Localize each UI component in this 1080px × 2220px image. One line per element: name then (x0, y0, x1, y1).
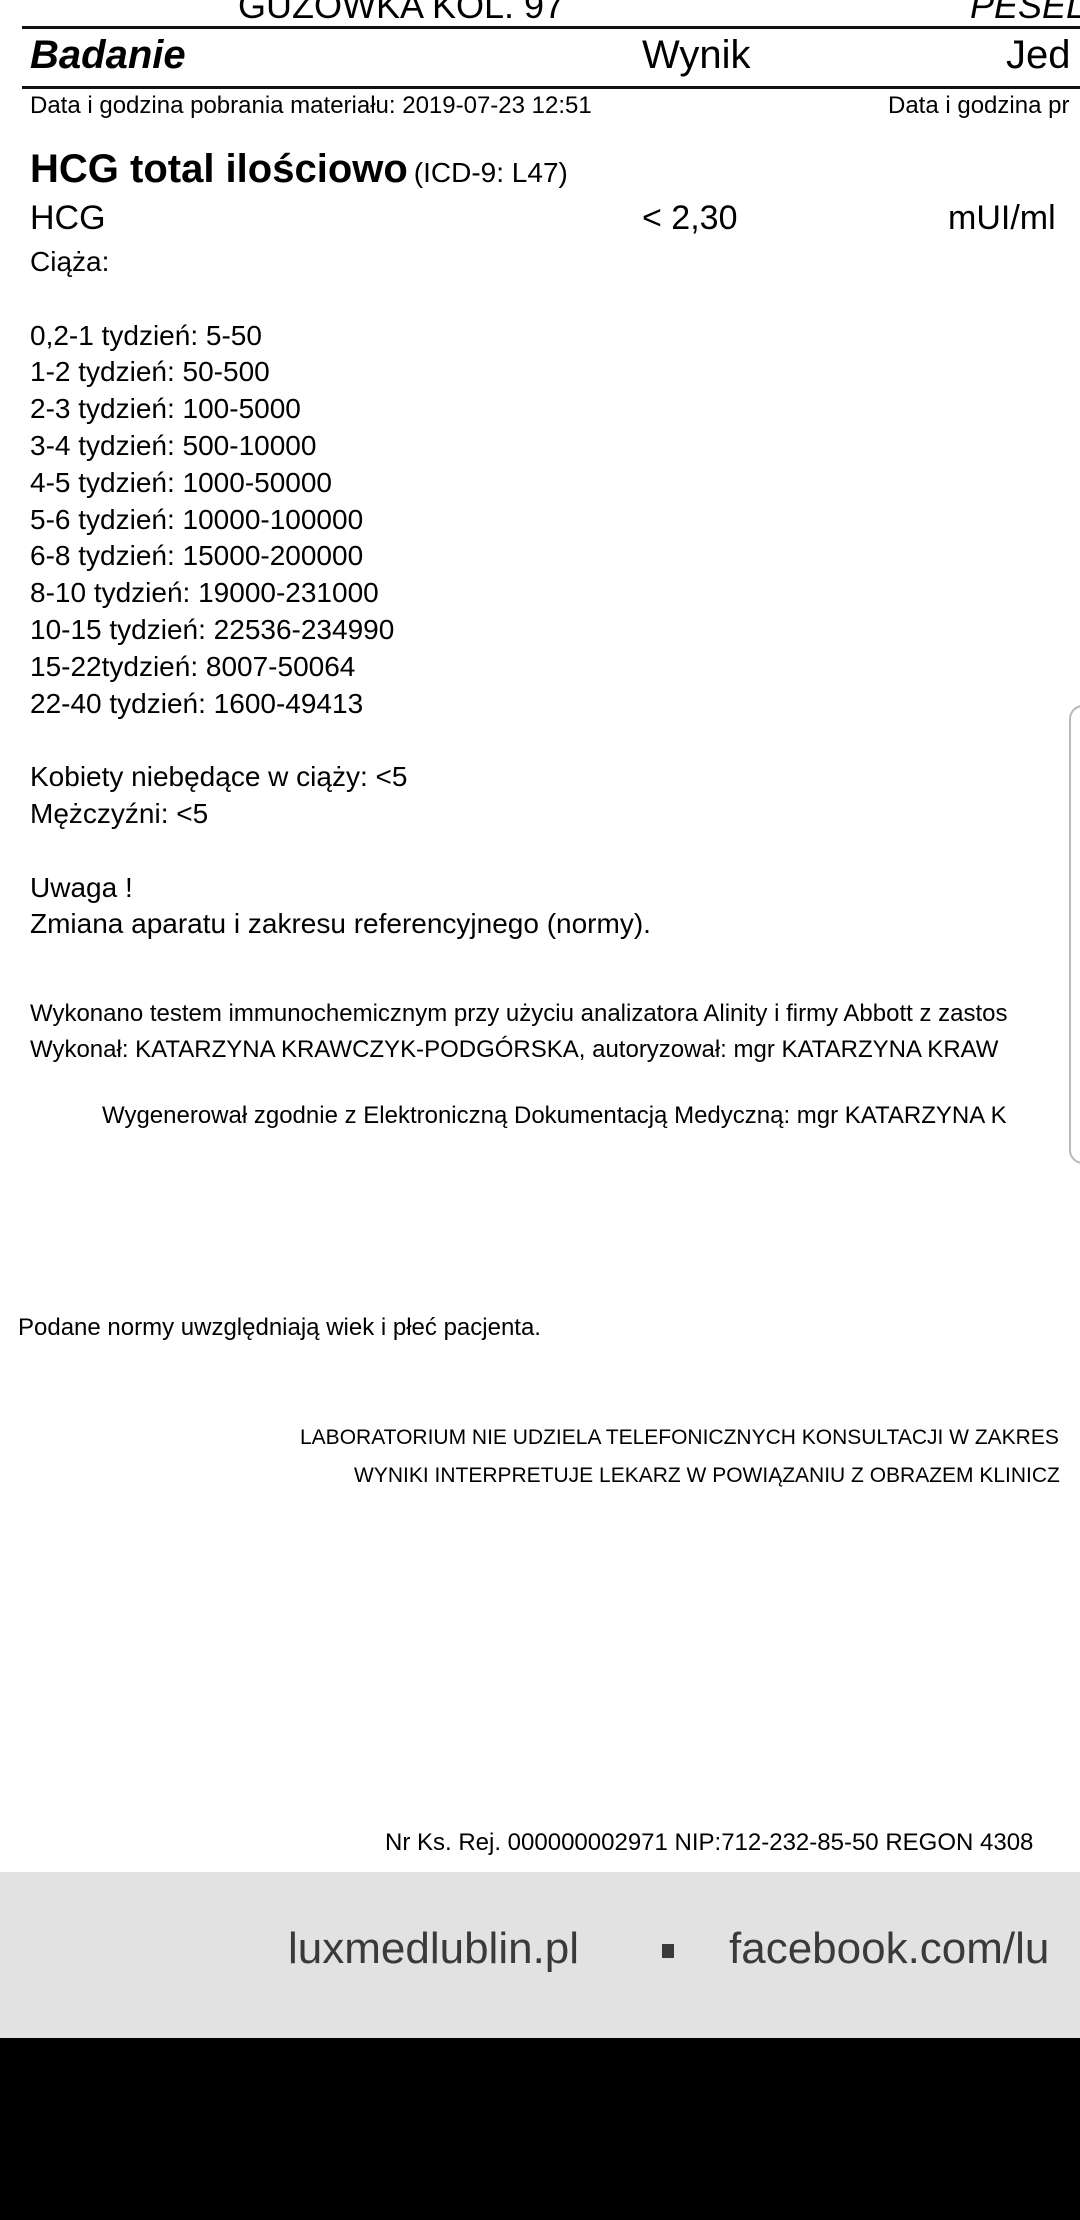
generated-by: Wygenerował zgodnie z Elektroniczną Doku… (102, 1098, 1007, 1134)
warning-title: Uwaga ! (30, 870, 651, 907)
norms-note: Podane normy uwzględniają wiek i płeć pa… (18, 1312, 541, 1344)
disclaimer-line-1: LABORATORIUM NIE UDZIELA TELEFONICZNYCH … (300, 1424, 1059, 1452)
range-item: 6-8 tydzień: 15000-200000 (30, 538, 651, 575)
header-top-rule (22, 26, 1080, 29)
result-unit: mUI/ml (948, 198, 1056, 238)
sample-datetime: Data i godzina pobrania materiału: 2019-… (30, 92, 592, 120)
disclaimer-line-2: WYNIKI INTERPRETUJE LEKARZ W POWIĄZANIU … (354, 1462, 1060, 1490)
warning-text: Zmiana aparatu i zakresu referencyjnego … (30, 906, 651, 943)
range-item: 22-40 tydzień: 1600-49413 (30, 686, 651, 723)
registry-info: Nr Ks. Rej. 000000002971 NIP:712-232-85-… (385, 1828, 1033, 1858)
document-page: GUZOWKA KOL. 97 PESEL Badanie Wynik Jed … (0, 0, 1080, 2038)
men-range: Mężczyźni: <5 (30, 796, 651, 833)
result-value: < 2,30 (642, 198, 737, 238)
range-item: 10-15 tydzień: 22536-234990 (30, 612, 651, 649)
test-name: HCG total ilościowo (30, 147, 408, 191)
pesel-label: PESEL (970, 0, 1080, 26)
range-item: 2-3 tydzień: 100-5000 (30, 391, 651, 428)
test-title: HCG total ilościowo(ICD-9: L47) (30, 146, 568, 196)
pregnancy-label: Ciąża: (30, 244, 651, 281)
column-header-test: Badanie (30, 32, 186, 78)
reference-ranges: Ciąża: 0,2-1 tydzień: 5-50 1-2 tydzień: … (30, 244, 651, 943)
website-link[interactable]: luxmedlublin.pl (288, 1924, 579, 1974)
range-item: 15-22tydzień: 8007-50064 (30, 649, 651, 686)
column-header-result: Wynik (642, 32, 751, 78)
facebook-link[interactable]: facebook.com/lu (729, 1924, 1049, 1974)
range-item: 1-2 tydzień: 50-500 (30, 354, 651, 391)
range-item: 3-4 tydzień: 500-10000 (30, 428, 651, 465)
parameter-name: HCG (30, 198, 106, 238)
range-item: 0,2-1 tydzień: 5-50 (30, 318, 651, 355)
method-notes: Wykonano testem immunochemicznym przy uż… (30, 996, 1007, 1068)
navigation-bar-area (0, 2038, 1080, 2220)
range-item: 4-5 tydzień: 1000-50000 (30, 465, 651, 502)
range-item: 8-10 tydzień: 19000-231000 (30, 575, 651, 612)
test-code: (ICD-9: L47) (414, 157, 568, 188)
method-note: Wykonano testem immunochemicznym przy uż… (30, 996, 1007, 1032)
square-bullet-icon (662, 1944, 674, 1958)
non-pregnant-range: Kobiety niebędące w ciąży: <5 (30, 759, 651, 796)
column-header-unit: Jed (1006, 32, 1071, 78)
patient-address: GUZOWKA KOL. 97 (238, 0, 564, 26)
side-panel-handle[interactable] (1069, 705, 1080, 1164)
second-datetime: Data i godzina pr (888, 92, 1069, 120)
performed-by: Wykonał: KATARZYNA KRAWCZYK-PODGÓRSKA, a… (30, 1032, 1007, 1068)
header-bottom-rule (22, 86, 1080, 89)
range-item: 5-6 tydzień: 10000-100000 (30, 502, 651, 539)
